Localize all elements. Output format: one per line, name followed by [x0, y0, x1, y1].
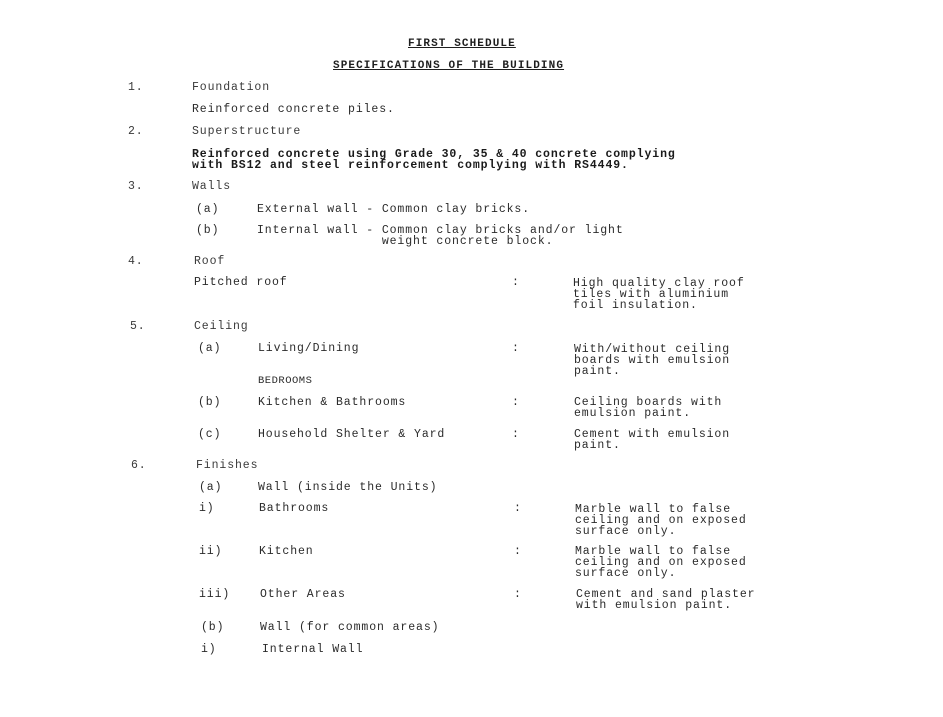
row-separator: :	[514, 503, 522, 514]
row-label: (c)	[198, 429, 221, 440]
row-spec-line: foil insulation.	[573, 300, 698, 311]
section-number: 2.	[128, 126, 144, 137]
row-spec-line: emulsion paint.	[574, 408, 691, 419]
sub-label: (b)	[201, 622, 224, 633]
section-heading: Walls	[192, 181, 231, 192]
row-separator: :	[514, 546, 522, 557]
section-number: 1.	[128, 82, 144, 93]
row-label: i)	[199, 503, 215, 514]
section-text-line: with BS12 and steel reinforcement comply…	[192, 160, 629, 171]
row-label: (a)	[198, 343, 221, 354]
document-title: FIRST SCHEDULE	[408, 39, 516, 50]
section-heading: Superstructure	[192, 126, 301, 137]
row-separator: :	[512, 429, 520, 440]
row-item: Living/Dining	[258, 343, 359, 354]
row-spec-line: with emulsion paint.	[576, 600, 732, 611]
row-spec-line: paint.	[574, 366, 621, 377]
section-heading: Foundation	[192, 82, 270, 93]
section-heading: Ceiling	[194, 321, 249, 332]
section-heading: Roof	[194, 256, 225, 267]
row-separator: :	[512, 397, 520, 408]
row-label: i)	[201, 644, 217, 655]
sub-text: Wall (for common areas)	[260, 622, 439, 633]
row-label: (b)	[198, 397, 221, 408]
section-number: 5.	[130, 321, 146, 332]
row-separator: :	[514, 589, 522, 600]
section-text: Reinforced concrete piles.	[192, 104, 395, 115]
item-label: (b)	[196, 225, 219, 236]
row-item: Household Shelter & Yard	[258, 429, 445, 440]
row-separator: :	[512, 343, 520, 354]
row-label: ii)	[199, 546, 222, 557]
row-label: iii)	[199, 589, 230, 600]
row-separator: :	[512, 277, 520, 288]
row-item: Kitchen	[259, 546, 314, 557]
row-item: Internal Wall	[262, 644, 363, 655]
row-spec-line: surface only.	[575, 526, 676, 537]
item-label: (a)	[196, 204, 219, 215]
row-item: Other Areas	[260, 589, 346, 600]
item-text: weight concrete block.	[257, 236, 553, 247]
section-number: 4.	[128, 256, 144, 267]
row-item: Pitched roof	[194, 277, 288, 288]
document-subtitle: SPECIFICATIONS OF THE BUILDING	[333, 61, 564, 72]
row-item: Bathrooms	[259, 503, 329, 514]
sub-text: Wall (inside the Units)	[258, 482, 437, 493]
sub-label: (a)	[199, 482, 222, 493]
row-item: Kitchen & Bathrooms	[258, 397, 406, 408]
item-text: External wall - Common clay bricks.	[257, 204, 530, 215]
row-note: BEDROOMS	[258, 376, 312, 387]
row-spec-line: paint.	[574, 440, 621, 451]
row-spec-line: surface only.	[575, 568, 676, 579]
section-number: 6.	[131, 460, 147, 471]
section-heading: Finishes	[196, 460, 258, 471]
section-number: 3.	[128, 181, 144, 192]
